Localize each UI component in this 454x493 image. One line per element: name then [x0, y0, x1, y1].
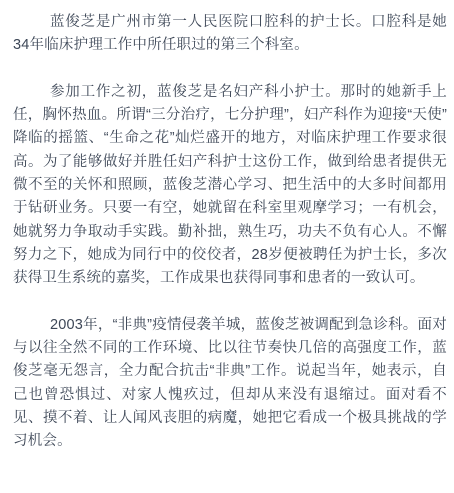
article-body: 蓝俊芝是广州市第一人民医院口腔科的护士长。口腔科是她34年临床护理工作中所任职过… [0, 0, 454, 454]
paragraph-sars-2003: 2003年，“非典”疫情侵袭羊城，蓝俊芝被调配到急诊科。面对与以往全然不同的工作… [13, 314, 447, 454]
paragraph-intro: 蓝俊芝是广州市第一人民医院口腔科的护士长。口腔科是她34年临床护理工作中所任职过… [13, 11, 447, 58]
paragraph-career-start: 参加工作之初，蓝俊芝是名妇产科小护士。那时的她新手上任，胸怀热血。所谓“三分治疗… [13, 81, 447, 291]
